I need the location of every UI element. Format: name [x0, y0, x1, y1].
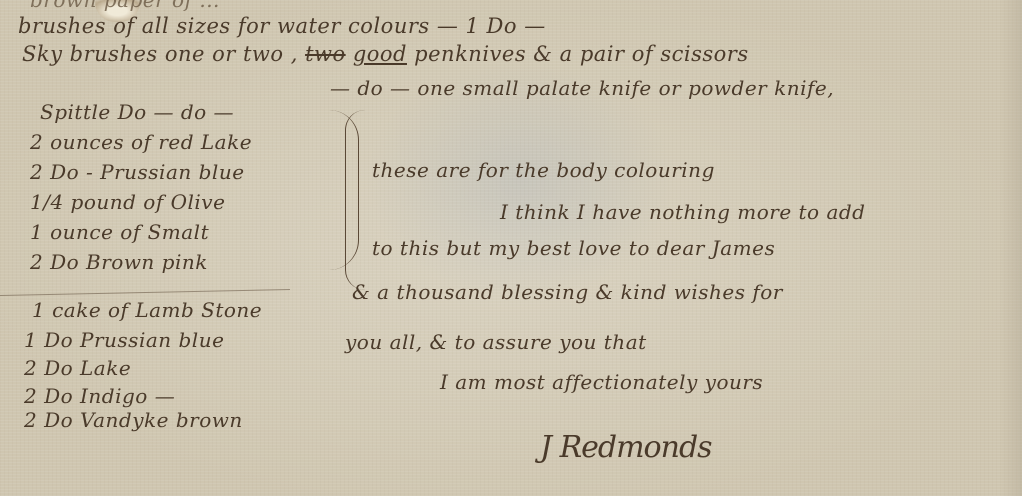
divider-line — [0, 289, 290, 296]
bracket-mark-right — [345, 110, 368, 290]
list-item: 2 Do Lake — [24, 356, 131, 380]
list-item: 2 Do Brown pink — [30, 250, 208, 274]
body-line: to this but my best love to dear James — [372, 236, 775, 260]
list-item: 2 Do Vandyke brown — [24, 408, 243, 432]
body-line: you all, & to assure you that — [345, 330, 647, 354]
list-item: 2 Do Indigo — — [24, 384, 175, 408]
body-line: I think I have nothing more to add — [500, 200, 866, 224]
manuscript-page: brown paper of ... brushes of all sizes … — [0, 0, 1022, 496]
list-item: 1/4 pound of Olive — [30, 190, 225, 214]
penknives-text: penknives & a pair of scissors — [414, 42, 748, 66]
list-item: 1 cake of Lamb Stone — [32, 298, 262, 322]
text-line-sky-brushes: Sky brushes one or two , two good penkni… — [22, 42, 749, 66]
list-item: Spittle Do — do — — [40, 100, 234, 124]
list-item: 2 ounces of red Lake — [30, 130, 252, 154]
list-item: 2 Do - Prussian blue — [30, 160, 245, 184]
paper-edge-shadow — [1000, 0, 1022, 496]
struck-word: two — [305, 42, 346, 66]
list-item: 1 Do Prussian blue — [24, 328, 224, 352]
signature: J Redmonds — [540, 430, 712, 465]
text-line-top-cutoff: brown paper of ... — [30, 0, 220, 12]
text-line-palate-knife: — do — one small palate knife or powder … — [330, 76, 834, 100]
list-item: 1 ounce of Smalt — [30, 220, 209, 244]
body-line: & a thousand blessing & kind wishes for — [352, 280, 783, 304]
bracket-note: these are for the body colouring — [372, 158, 715, 182]
underlined-word: good — [353, 42, 407, 66]
text-line-brushes: brushes of all sizes for water colours —… — [18, 14, 546, 38]
sky-brushes-text: Sky brushes one or two , — [22, 42, 305, 66]
body-line: I am most affectionately yours — [440, 370, 763, 394]
